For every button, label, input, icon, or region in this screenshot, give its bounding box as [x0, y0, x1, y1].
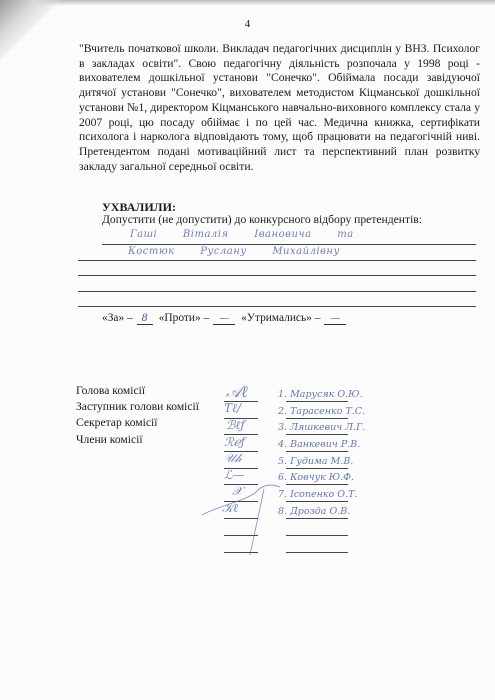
name-line-2 — [286, 418, 348, 419]
name-line-8 — [286, 518, 348, 519]
member-name-2: 2. Тарасенко Т.С. — [278, 406, 365, 417]
votes-for-label: «За» – — [102, 312, 133, 324]
votes-against-label: «Проти» – — [159, 312, 209, 324]
fill-line-3 — [78, 275, 476, 276]
signature-scribble-1: 𝒜ℓ — [226, 382, 248, 402]
member-name-4: 4. Ванкевич Р.В. — [278, 439, 360, 450]
pen-stroke — [200, 455, 290, 560]
name-line-10 — [286, 552, 348, 553]
signature-scribble-3: ℬℓƒ — [226, 418, 245, 433]
resolved-text: Допустити (не допустити) до конкурсного … — [102, 213, 422, 226]
votes-abstained-value: — — [324, 313, 346, 325]
member-name-3: 3. Ляшкевич Л.Г. — [278, 422, 365, 433]
name-line-9 — [286, 535, 348, 536]
fill-line-1 — [102, 244, 476, 245]
role-secretary: Секретар комісії — [76, 415, 199, 431]
name-line-7 — [286, 501, 348, 502]
handwritten-candidate-line-1: Гаші Віталія Івановича та — [130, 229, 354, 240]
member-name-1: 1. Марусяк О.Ю. — [278, 389, 363, 400]
fill-line-5 — [78, 306, 476, 307]
name-line-1 — [286, 401, 348, 402]
page-number: 4 — [0, 18, 495, 30]
name-line-4 — [286, 451, 348, 452]
role-deputy-chair: Заступник голови комісії — [76, 399, 199, 415]
role-members: Члени комісії — [76, 432, 199, 448]
fill-line-4 — [78, 291, 476, 292]
handwritten-candidate-line-2: Костюк Руслану Михайлівну — [128, 246, 340, 257]
scan-folded-corner — [0, 0, 60, 60]
name-line-5 — [286, 468, 348, 469]
name-line-3 — [286, 434, 348, 435]
scan-shadow — [0, 0, 495, 6]
name-line-6 — [286, 484, 348, 485]
vote-results: «За» – 8 «Проти» – — «Утримались» – — — [102, 312, 352, 325]
biography-paragraph: "Вчитель початкової школи. Викладач педа… — [79, 42, 480, 174]
votes-abstained-label: «Утримались» – — [241, 312, 320, 324]
fill-line-2 — [78, 260, 476, 261]
signature-scribble-2: Ƭℓ/ — [224, 401, 241, 416]
role-chair: Голова комісії — [76, 383, 199, 399]
votes-against-value: — — [213, 313, 235, 325]
signature-scribble-4: ℛℯƒ — [224, 435, 245, 449]
commission-roles: Голова комісії Заступник голови комісії … — [76, 383, 199, 448]
votes-for-value: 8 — [137, 313, 153, 325]
